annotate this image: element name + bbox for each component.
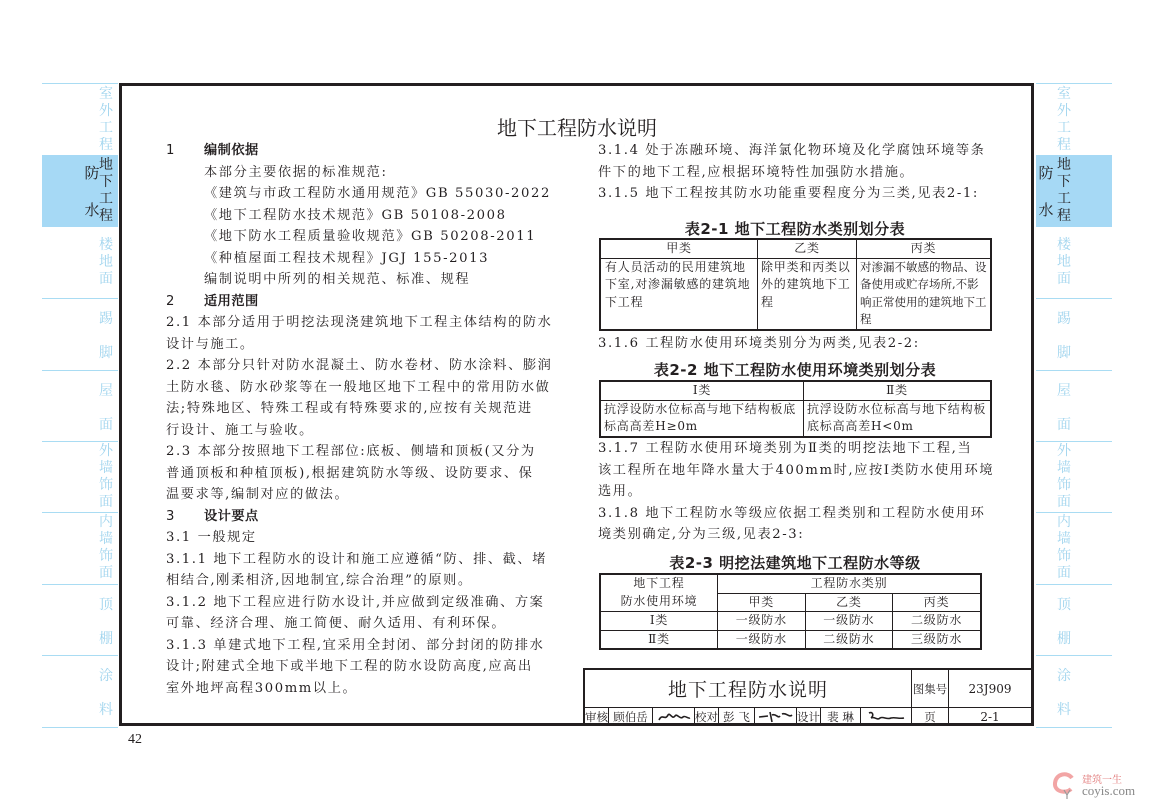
section-1-heading: 1编制依据	[166, 140, 566, 162]
right-column-p316: 3.1.6 工程防水使用环境类别分为两类,见表2-2:	[598, 333, 998, 355]
side-tab-roof[interactable]: 屋 面	[1036, 370, 1112, 442]
side-tab-coatings[interactable]: 涂 料	[42, 655, 118, 727]
table-2-2: Ⅰ类 Ⅱ类 抗浮设防水位标高与地下结构板底标高高差H≥0m 抗浮设防水位标高与地…	[599, 380, 992, 438]
reviewer-signature	[653, 708, 695, 726]
tab-char: 工	[1056, 191, 1072, 208]
reviewer-name: 顾伯岳	[609, 708, 653, 726]
tab-char: 地	[98, 157, 114, 174]
text-line: 3.1.5 地下工程按其防水功能重要程度分为三类,见表2-1:	[598, 183, 998, 205]
text-line: 设计与施工。	[166, 334, 566, 356]
checker-signature	[755, 708, 797, 726]
right-column-p317-p318: 3.1.7 工程防水使用环境类别为Ⅱ类的明挖法地下工程,当 该工程所在地年降水量…	[598, 438, 998, 546]
table-header: 丙类	[857, 239, 992, 258]
table-cell: 有人员活动的民用建筑地下室,对渗漏敏感的建筑地下工程	[600, 258, 758, 330]
table-header: 乙类	[805, 593, 893, 612]
table-cell: 抗浮设防水位标高与地下结构板底标高高差H<0m	[804, 400, 992, 437]
review-label: 审核	[585, 708, 609, 726]
table-2-2-caption: 表2-2 地下工程防水使用环境类别划分表	[598, 359, 992, 380]
checker-name: 彭 飞	[719, 708, 755, 726]
tab-char: 饰	[1056, 548, 1072, 565]
tab-prefix-char: 防	[1038, 165, 1054, 182]
text-line: 温要求等,编制对应的做法。	[166, 484, 566, 506]
side-tab-floors[interactable]: 楼 地 面	[42, 227, 118, 299]
left-column: 1编制依据 本部分主要依据的标准规范: 《建筑与市政工程防水通用规范》GB 55…	[166, 140, 566, 699]
table-cell: 一级防水	[718, 612, 806, 631]
tab-char: 面	[98, 494, 114, 511]
atlas-number: 23J909	[949, 670, 1031, 708]
tab-char: 涂	[1056, 668, 1072, 685]
reference-item: 编制说明中所列的相关规范、标准、规程	[166, 269, 566, 291]
table-2-1: 甲类 乙类 丙类 有人员活动的民用建筑地下室,对渗漏敏感的建筑地下工程 除甲类和…	[599, 238, 992, 331]
table-header: 防水使用环境	[600, 593, 718, 612]
tab-rule	[42, 727, 118, 728]
tab-char: 面	[98, 565, 114, 582]
tab-char: 顶	[98, 597, 114, 614]
signature-icon	[657, 711, 691, 723]
title-block-title: 地下工程防水说明	[585, 670, 912, 708]
paragraph: 本部分主要依据的标准规范:	[166, 162, 566, 184]
table-row: Ⅱ类 一级防水 二级防水 三级防水	[600, 630, 981, 649]
designer-signature	[861, 708, 912, 726]
text-line: 境类别确定,分为三级,见表2-3:	[598, 524, 998, 546]
reference-item: 《建筑与市政工程防水通用规范》GB 55030-2022	[166, 183, 566, 205]
tab-rule	[1036, 727, 1112, 728]
table-row: Ⅰ类 一级防水 一级防水 二级防水	[600, 612, 981, 631]
section-number: 3	[166, 506, 204, 528]
side-tab-skirting[interactable]: 踢 脚	[1036, 298, 1112, 370]
page-label: 页	[912, 708, 949, 726]
section-3-heading: 3设计要点	[166, 506, 566, 528]
tab-char: 屋	[98, 383, 114, 400]
text-line: 土防水毯、防水砂浆等在一般地区地下工程中的常用防水做	[166, 377, 566, 399]
tab-char: 踢	[1056, 311, 1072, 328]
tab-char: 内	[98, 514, 114, 531]
tab-char: 地	[1056, 157, 1072, 174]
text-line: 室外地坪高程300mm以上。	[166, 678, 566, 700]
text-line: 3.1.2 地下工程应进行防水设计,并应做到定级准确、方案	[166, 592, 566, 614]
table-cell: 二级防水	[893, 612, 981, 631]
designer-name: 裴 琳	[821, 708, 861, 726]
table-cell: 一级防水	[805, 612, 893, 631]
tab-char: 脚	[98, 345, 114, 362]
text-line: 相结合,刚柔相济,因地制宜,综合治理”的原则。	[166, 570, 566, 592]
section-2-heading: 2适用范围	[166, 291, 566, 313]
text-line: 3.1.8 地下工程防水等级应依据工程类别和工程防水使用环	[598, 503, 998, 525]
section-title: 适用范围	[204, 294, 259, 309]
text-line: 2.3 本部分按照地下工程部位:底板、侧墙和顶板(又分为	[166, 441, 566, 463]
table-cell: 除甲类和丙类以外的建筑地下工程	[758, 258, 857, 330]
tab-char: 脚	[1056, 345, 1072, 362]
text-line: 设计;附建式全地下或半地下工程的防水设防高度,应高出	[166, 656, 566, 678]
table-row-header: Ⅱ类	[600, 630, 718, 649]
page-number-value: 2-1	[949, 708, 1031, 726]
text-line: 3.1.4 处于冻融环境、海洋氯化物环境及化学腐蚀环境等条	[598, 140, 998, 162]
table-cell: 三级防水	[893, 630, 981, 649]
right-column: 3.1.4 处于冻融环境、海洋氯化物环境及化学腐蚀环境等条 件下的地下工程,应根…	[598, 140, 998, 205]
table-header: 甲类	[718, 593, 806, 612]
tab-prefix-char: 水	[1038, 202, 1054, 219]
tab-char: 地	[1056, 254, 1072, 271]
tab-char: 室	[1056, 86, 1072, 103]
atlas-number-label: 图集号	[912, 670, 949, 708]
tab-char: 地	[98, 254, 114, 271]
text-line: 法;特殊地区、特殊工程或有特殊要求的,应按有关规范进	[166, 398, 566, 420]
section-title: 设计要点	[204, 509, 259, 524]
text-line: 该工程所在地年降水量大于400mm时,应按Ⅰ类防水使用环境	[598, 460, 998, 482]
table-cell: 抗浮设防水位标高与地下结构板底标高高差H≥0m	[600, 400, 804, 437]
side-tab-underground-works-active[interactable]: 防 水 地 下 工 程	[1036, 155, 1112, 227]
side-tab-ceiling[interactable]: 顶 棚	[1036, 584, 1112, 656]
tab-char: 面	[1056, 565, 1072, 582]
side-tab-interior-wall-finish[interactable]: 内 墙 饰 面	[1036, 512, 1112, 584]
table-header: Ⅰ类	[600, 381, 804, 400]
tab-char: 面	[1056, 271, 1072, 288]
title-block: 地下工程防水说明 图集号 23J909 审核 顾伯岳 校对 彭 飞 设计 裴 琳…	[583, 668, 1031, 724]
tab-char: 外	[98, 443, 114, 460]
tab-char: 楼	[1056, 237, 1072, 254]
coyis-logo-icon	[1050, 770, 1078, 800]
table-2-3: 地下工程 工程防水类别 防水使用环境 甲类 乙类 丙类 Ⅰ类 一级防水 一级防水…	[599, 573, 982, 650]
section-title: 编制依据	[204, 143, 259, 158]
text-line: 2.1 本部分适用于明挖法现浇建筑地下工程主体结构的防水	[166, 312, 566, 334]
tab-char: 饰	[1056, 477, 1072, 494]
table-row-header: Ⅰ类	[600, 612, 718, 631]
text-line: 3.1.1 地下工程防水的设计和施工应遵循“防、排、截、堵	[166, 549, 566, 571]
side-tab-roof[interactable]: 屋 面	[42, 370, 118, 442]
tab-char: 棚	[98, 631, 114, 648]
text-line: 3.1.7 工程防水使用环境类别为Ⅱ类的明挖法地下工程,当	[598, 438, 998, 460]
reference-item: 《种植屋面工程技术规程》JGJ 155-2013	[166, 248, 566, 270]
tab-char: 棚	[1056, 631, 1072, 648]
tab-char: 程	[98, 208, 114, 225]
side-tab-interior-wall-finish[interactable]: 内 墙 饰 面	[42, 512, 118, 584]
text-line: 可靠、经济合理、施工简便、耐久适用、有利环保。	[166, 613, 566, 635]
tab-char: 饰	[98, 548, 114, 565]
table-header: 甲类	[600, 239, 758, 258]
text-line: 行设计、施工与验收。	[166, 420, 566, 442]
text-line: 3.1.6 工程防水使用环境类别分为两类,见表2-2:	[598, 333, 998, 355]
section-number: 1	[166, 140, 204, 162]
table-group-header: 工程防水类别	[718, 574, 982, 593]
tab-char: 踢	[98, 311, 114, 328]
tab-char: 面	[1056, 494, 1072, 511]
signature-icon	[758, 710, 794, 724]
tab-char: 室	[98, 86, 114, 103]
table-cell: 二级防水	[805, 630, 893, 649]
table-cell: 一级防水	[718, 630, 806, 649]
tab-char: 料	[1056, 702, 1072, 719]
tab-char: 下	[98, 174, 114, 191]
table-2-3-caption: 表2-3 明挖法建筑地下工程防水等级	[598, 552, 992, 573]
tab-char: 墙	[98, 531, 114, 548]
tab-char: 面	[98, 417, 114, 434]
table-header: 乙类	[758, 239, 857, 258]
side-tab-floors[interactable]: 楼 地 面	[1036, 227, 1112, 299]
table-2-1-caption: 表2-1 地下工程防水类别划分表	[598, 218, 992, 239]
table-header: Ⅱ类	[804, 381, 992, 400]
side-tab-coatings[interactable]: 涂 料	[1036, 655, 1112, 727]
table-header: 地下工程	[600, 574, 718, 593]
tab-char: 墙	[98, 460, 114, 477]
side-tab-skirting[interactable]: 踢 脚	[42, 298, 118, 370]
reference-item: 《地下工程防水技术规范》GB 50108-2008	[166, 205, 566, 227]
page-number: 42	[128, 732, 142, 748]
text-line: 普通顶板和种植顶板),根据建筑防水等级、设防要求、保	[166, 463, 566, 485]
tab-char: 顶	[1056, 597, 1072, 614]
text-line: 2.2 本部分只针对防水混凝土、防水卷材、防水涂料、膨润	[166, 355, 566, 377]
watermark-domain: coyis.com	[1082, 783, 1135, 799]
page-title: 地下工程防水说明	[0, 112, 1154, 141]
text-line: 3.1 一般规定	[166, 527, 566, 549]
side-tab-exterior-wall-finish[interactable]: 外 墙 饰 面	[42, 441, 118, 513]
tab-char: 饰	[98, 477, 114, 494]
tab-char: 屋	[1056, 383, 1072, 400]
text-line: 件下的地下工程,应根据环境特性加强防水措施。	[598, 162, 998, 184]
side-tab-exterior-wall-finish[interactable]: 外 墙 饰 面	[1036, 441, 1112, 513]
tab-char: 内	[1056, 514, 1072, 531]
section-number: 2	[166, 291, 204, 313]
tab-char: 工	[98, 191, 114, 208]
reference-item: 《地下防水工程质量验收规范》GB 50208-2011	[166, 226, 566, 248]
table-cell: 对渗漏不敏感的物品、设备使用或贮存场所,不影响正常使用的建筑地下工程	[857, 258, 992, 330]
tab-char: 涂	[98, 668, 114, 685]
tab-char: 墙	[1056, 531, 1072, 548]
tab-char: 楼	[98, 237, 114, 254]
signature-icon	[867, 710, 905, 724]
text-line: 选用。	[598, 481, 998, 503]
text-line: 3.1.3 单建式地下工程,宜采用全封闭、部分封闭的防排水	[166, 635, 566, 657]
tab-char: 面	[98, 271, 114, 288]
tab-char: 料	[98, 702, 114, 719]
design-label: 设计	[797, 708, 821, 726]
table-header: 丙类	[893, 593, 981, 612]
tab-char: 外	[1056, 443, 1072, 460]
tab-char: 下	[1056, 174, 1072, 191]
tab-char: 面	[1056, 417, 1072, 434]
tab-char: 程	[1056, 208, 1072, 225]
side-tab-underground-works-active[interactable]: 防 水 地 下 工 程	[42, 155, 118, 227]
tab-char: 墙	[1056, 460, 1072, 477]
side-tab-ceiling[interactable]: 顶 棚	[42, 584, 118, 656]
check-label: 校对	[695, 708, 719, 726]
